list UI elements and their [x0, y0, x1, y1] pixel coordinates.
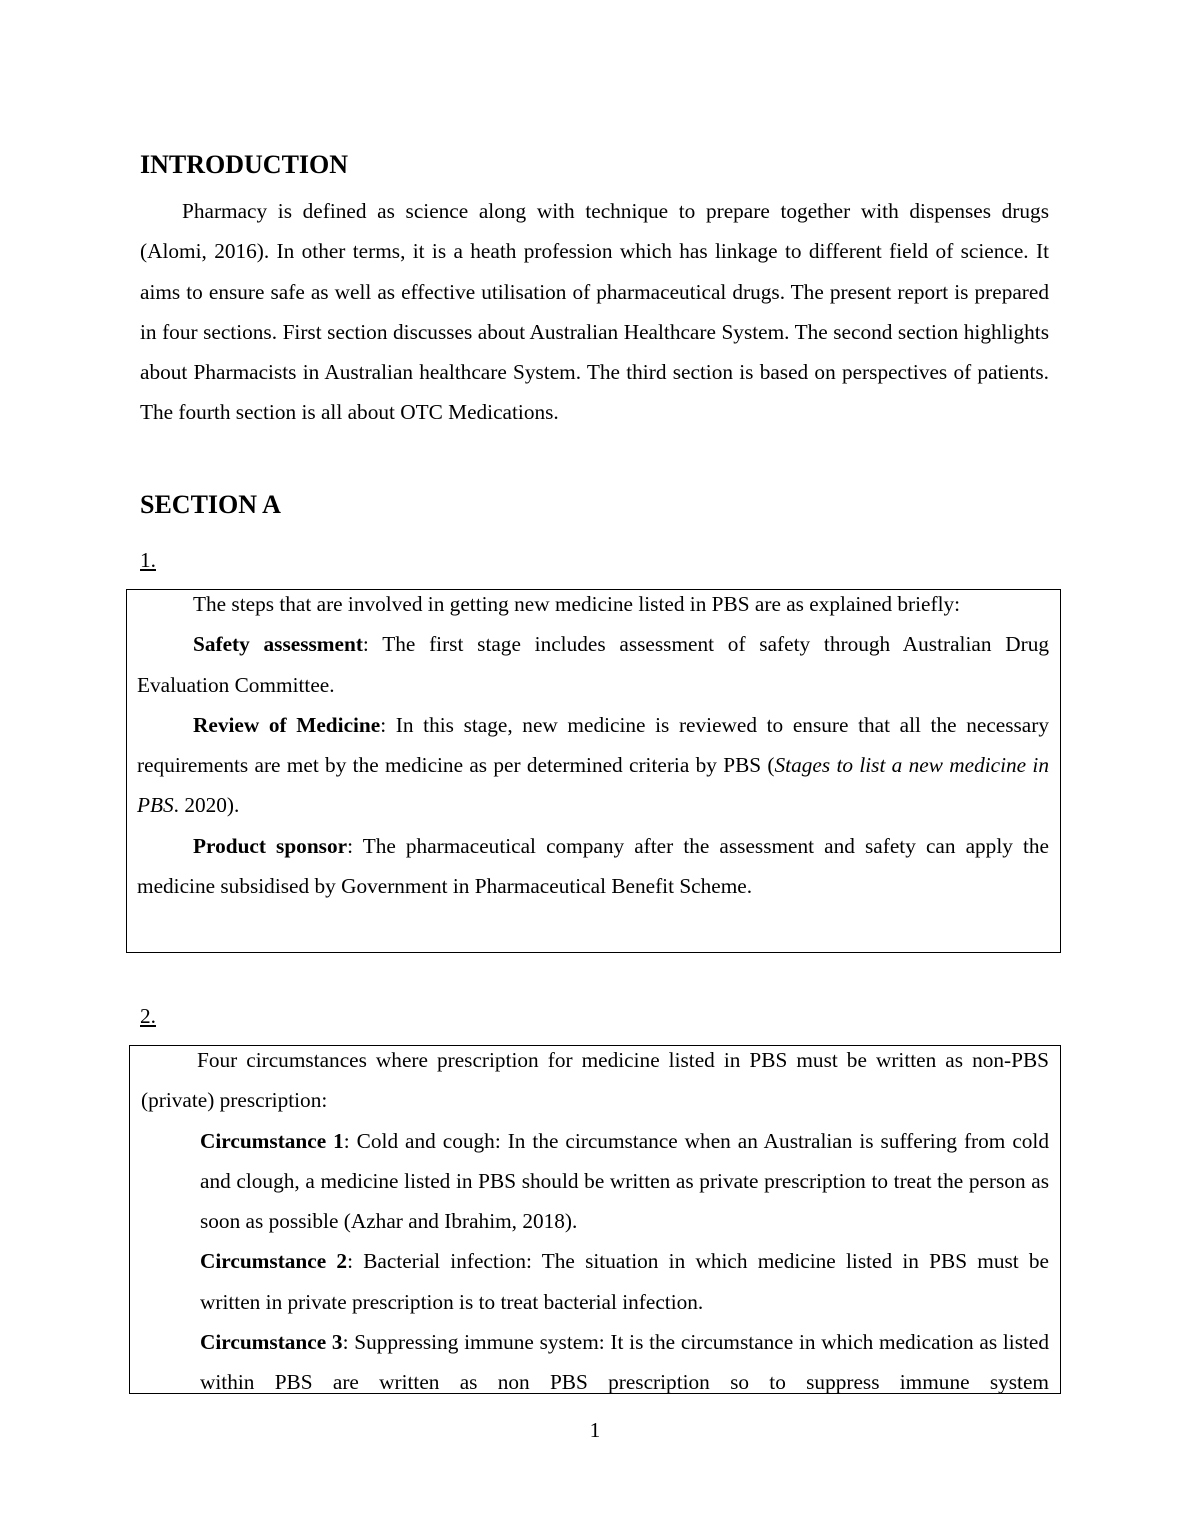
- term: Circumstance 2: [200, 1249, 347, 1273]
- answer-1-intro: The steps that are involved in getting n…: [137, 589, 1049, 624]
- answer-2-box: Four circumstances where prescription fo…: [129, 1045, 1061, 1394]
- section-a-heading: SECTION A: [140, 490, 281, 520]
- page-number: 1: [0, 1418, 1190, 1443]
- term: Review of Medicine: [193, 713, 380, 737]
- answer-1-item-sponsor: Product sponsor: The pharmaceutical comp…: [137, 826, 1049, 907]
- answer-2-item-2: Circumstance 2: Bacterial infection: The…: [141, 1241, 1049, 1322]
- answer-1-item-review: Review of Medicine: In this stage, new m…: [137, 705, 1049, 826]
- term: Product sponsor: [193, 834, 347, 858]
- term: Circumstance 3: [200, 1330, 343, 1354]
- term: Safety assessment: [193, 632, 363, 656]
- answer-1-box: The steps that are involved in getting n…: [126, 589, 1061, 953]
- answer-2-intro: Four circumstances where prescription fo…: [141, 1045, 1049, 1121]
- answer-2-item-1: Circumstance 1: Cold and cough: In the c…: [141, 1121, 1049, 1242]
- term: Circumstance 1: [200, 1129, 344, 1153]
- answer-1-item-safety: Safety assessment: The first stage inclu…: [137, 624, 1049, 705]
- question-2-number: 2.: [140, 1004, 156, 1029]
- answer-2-item-3: Circumstance 3: Suppressing immune syste…: [141, 1322, 1049, 1394]
- introduction-paragraph: Pharmacy is defined as science along wit…: [140, 191, 1049, 433]
- question-1-number: 1.: [140, 548, 156, 573]
- introduction-heading: INTRODUCTION: [140, 150, 348, 180]
